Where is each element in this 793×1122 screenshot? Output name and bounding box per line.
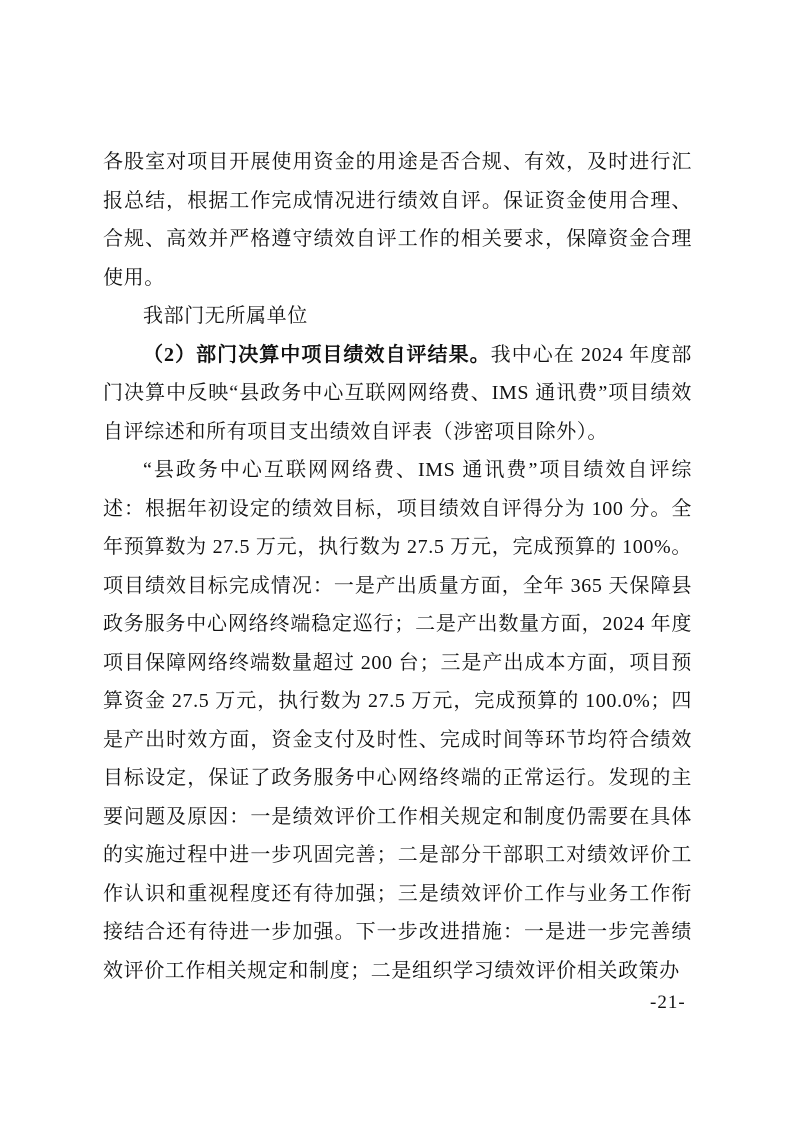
body-paragraph: “县政务中心互联网网络费、IMS 通讯费”项目绩效自评综述：根据年初设定的绩效目…	[103, 451, 692, 990]
page-content: 各股室对项目开展使用资金的用途是否合规、有效，及时进行汇报总结，根据工作完成情况…	[103, 143, 692, 990]
body-paragraph: 各股室对项目开展使用资金的用途是否合规、有效，及时进行汇报总结，根据工作完成情况…	[103, 143, 692, 297]
body-paragraph: 我部门无所属单位	[103, 297, 692, 336]
heading-paragraph: （2）部门决算中项目绩效自评结果。我中心在 2024 年度部门决算中反映“县政务…	[103, 336, 692, 452]
page-number: -21-	[650, 992, 686, 1014]
paragraph-bold-lead: （2）部门决算中项目绩效自评结果。	[143, 344, 491, 366]
document-page: 各股室对项目开展使用资金的用途是否合规、有效，及时进行汇报总结，根据工作完成情况…	[0, 0, 793, 1122]
